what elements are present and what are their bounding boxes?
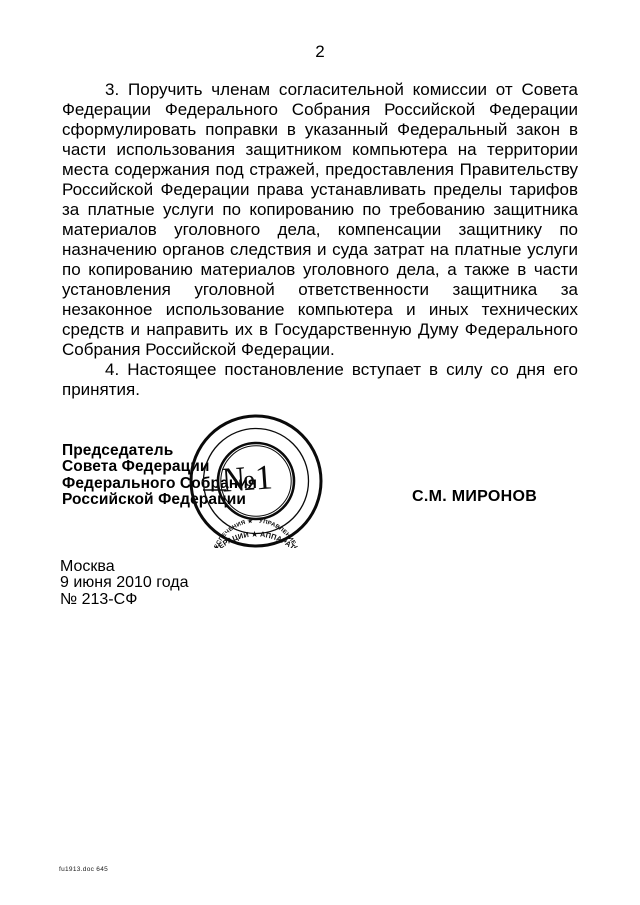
paragraph-item-4: 4. Настоящее постановление вступает в си… xyxy=(62,360,578,400)
stamp-center-number: №1 xyxy=(220,457,274,499)
issuance-date: 9 июня 2010 года xyxy=(60,575,189,591)
document-page: 2 3. Поручить членам согласительной коми… xyxy=(0,0,640,905)
page-number: 2 xyxy=(0,43,640,61)
issuance-city: Москва xyxy=(60,559,189,575)
official-stamp-seal: АППАРАТ СОВЕТА ФЕДЕРАЦИИ ФЕДЕРАЛЬНОГО СО… xyxy=(189,414,323,548)
document-body: 3. Поручить членам согласительной комисс… xyxy=(62,80,578,400)
issuance-number: № 213-СФ xyxy=(60,592,189,608)
paragraph-item-3: 3. Поручить членам согласительной комисс… xyxy=(62,80,578,360)
signature-name: С.М. МИРОНОВ xyxy=(412,488,537,506)
issuance-block: Москва 9 июня 2010 года № 213-СФ xyxy=(60,559,189,608)
footer-note: fu1913.doc 645 xyxy=(59,866,108,873)
